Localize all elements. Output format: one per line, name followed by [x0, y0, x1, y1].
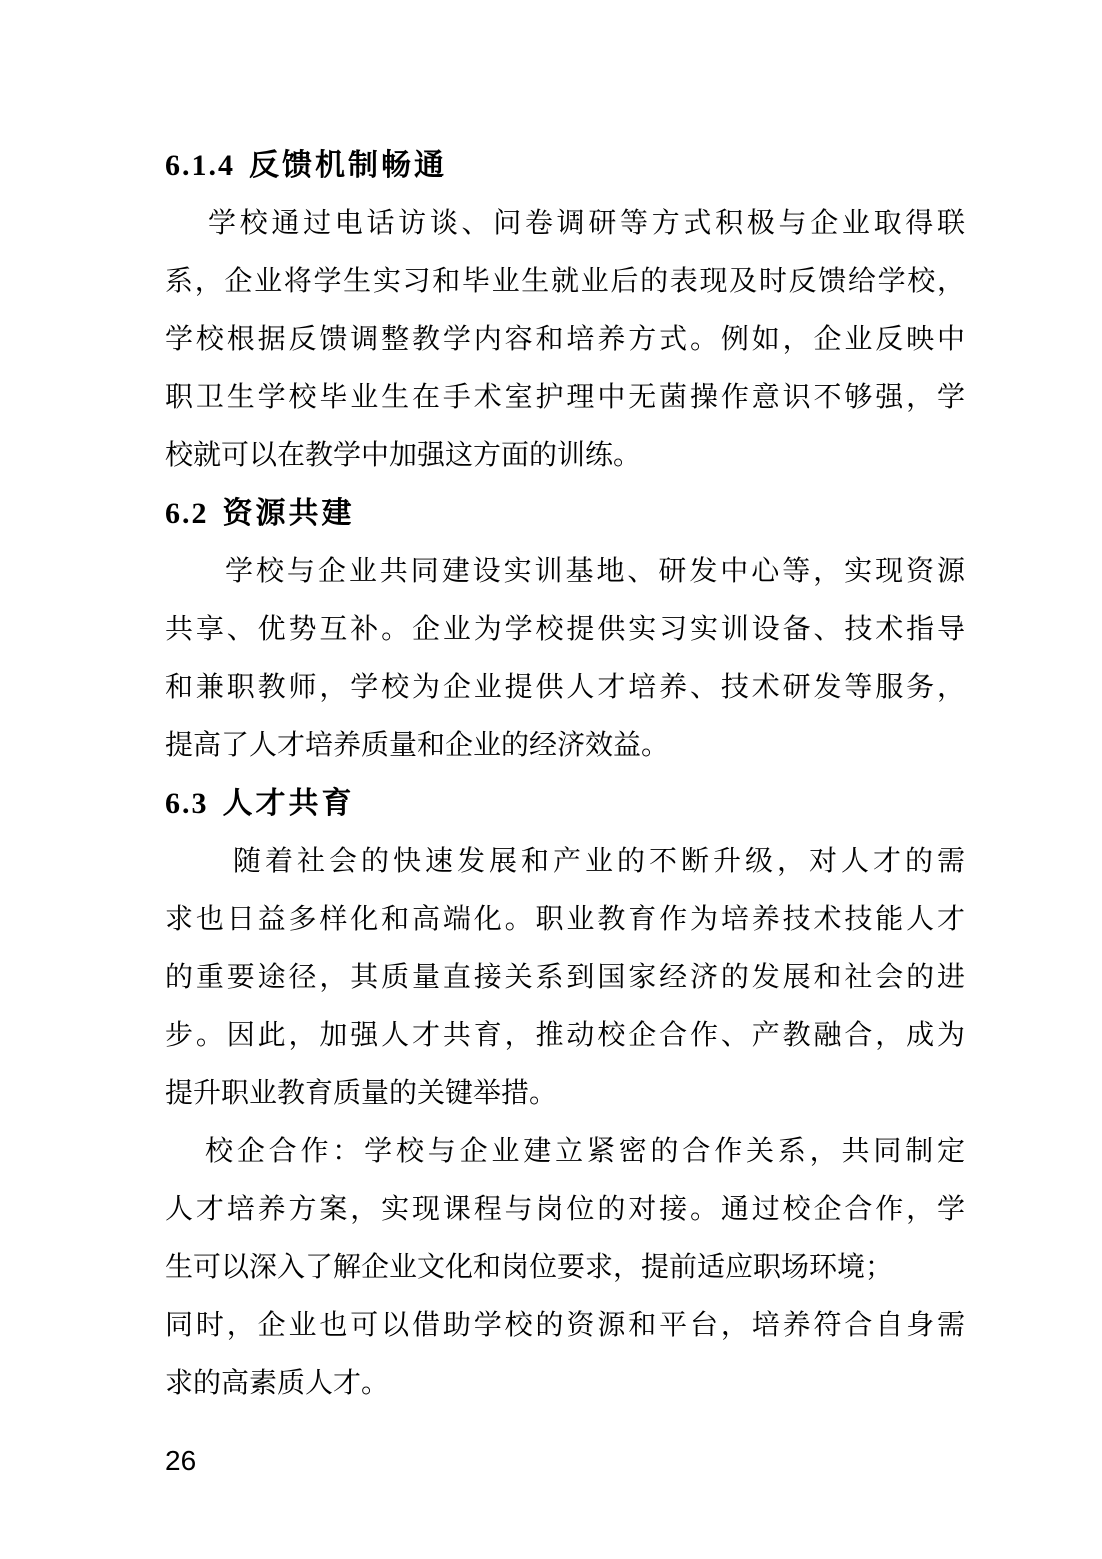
text-line: 随着社会的快速发展和产业的不断升级，对人才的需 [165, 833, 965, 891]
text-line: 同时，企业也可以借助学校的资源和平台，培养符合自身需 [165, 1297, 965, 1355]
text-line: 校就可以在教学中加强这方面的训练。 [165, 427, 965, 485]
heading-title: 反馈机制畅通 [249, 149, 447, 182]
text-line: 共享、优势互补。企业为学校提供实习实训设备、技术指导 [165, 601, 965, 659]
paragraph: 随着社会的快速发展和产业的不断升级，对人才的需求也日益多样化和高端化。职业教育作… [165, 833, 965, 1123]
text-line: 和兼职教师，学校为企业提供人才培养、技术研发等服务， [165, 659, 965, 717]
heading-number: 6.2 [165, 497, 209, 530]
paragraph: 校企合作：学校与企业建立紧密的合作关系，共同制定人才培养方案，实现课程与岗位的对… [165, 1123, 965, 1413]
text-line: 生可以深入了解企业文化和岗位要求，提前适应职场环境； [165, 1239, 965, 1297]
text-line: 系，企业将学生实习和毕业生就业后的表现及时反馈给学校， [165, 253, 965, 311]
paragraph: 学校通过电话访谈、问卷调研等方式积极与企业取得联系，企业将学生实习和毕业生就业后… [165, 195, 965, 485]
heading-title: 资源共建 [223, 497, 355, 530]
text-line: 人才培养方案，实现课程与岗位的对接。通过校企合作，学 [165, 1181, 965, 1239]
heading-number: 6.3 [165, 787, 209, 820]
document-body: 6.1.4反馈机制畅通学校通过电话访谈、问卷调研等方式积极与企业取得联系，企业将… [165, 137, 965, 1413]
section-heading: 6.2资源共建 [165, 485, 965, 543]
text-line: 求的高素质人才。 [165, 1355, 965, 1413]
page-number: 26 [165, 1441, 196, 1481]
paragraph: 学校与企业共同建设实训基地、研发中心等，实现资源共享、优势互补。企业为学校提供实… [165, 543, 965, 775]
text-line: 步。因此，加强人才共育，推动校企合作、产教融合，成为 [165, 1007, 965, 1065]
text-line: 提升职业教育质量的关键举措。 [165, 1065, 965, 1123]
text-line: 学校与企业共同建设实训基地、研发中心等，实现资源 [165, 543, 965, 601]
text-line: 校企合作：学校与企业建立紧密的合作关系，共同制定 [165, 1123, 965, 1181]
document-page: 6.1.4反馈机制畅通学校通过电话访谈、问卷调研等方式积极与企业取得联系，企业将… [0, 0, 1102, 1559]
heading-title: 人才共育 [223, 787, 355, 820]
text-line: 职卫生学校毕业生在手术室护理中无菌操作意识不够强，学 [165, 369, 965, 427]
section-heading: 6.1.4反馈机制畅通 [165, 137, 965, 195]
text-line: 提高了人才培养质量和企业的经济效益。 [165, 717, 965, 775]
text-line: 求也日益多样化和高端化。职业教育作为培养技术技能人才 [165, 891, 965, 949]
text-line: 的重要途径，其质量直接关系到国家经济的发展和社会的进 [165, 949, 965, 1007]
heading-number: 6.1.4 [165, 149, 235, 182]
section-heading: 6.3人才共育 [165, 775, 965, 833]
text-line: 学校通过电话访谈、问卷调研等方式积极与企业取得联 [165, 195, 965, 253]
text-line: 学校根据反馈调整教学内容和培养方式。例如，企业反映中 [165, 311, 965, 369]
